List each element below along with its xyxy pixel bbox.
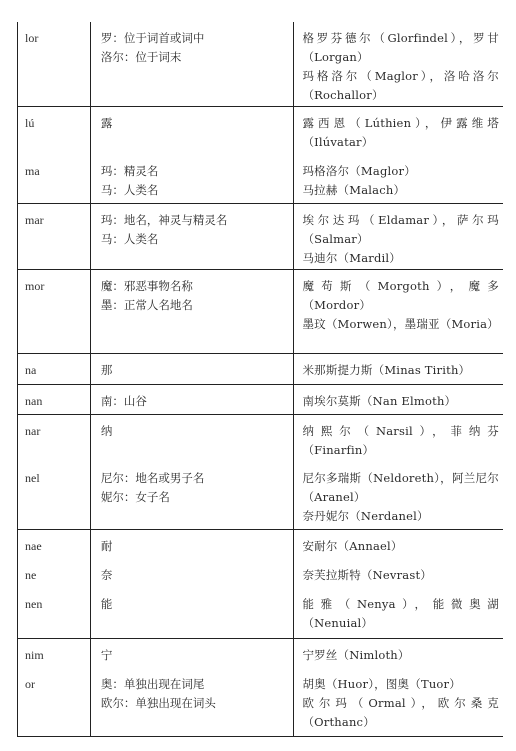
table-entry: 奥：单独出现在词尾 欧尔：单独出现在词头 bbox=[101, 675, 294, 732]
table-entry: 南埃尔莫斯（Nan Elmoth） bbox=[302, 392, 499, 411]
examples-text: 奈芙拉斯特（Nevrast） bbox=[302, 566, 499, 585]
root-text: mar bbox=[25, 211, 90, 230]
table-entry: lú bbox=[25, 114, 90, 162]
table-entry: 那 bbox=[101, 361, 294, 380]
root-text: lor bbox=[25, 29, 90, 48]
root-text: nen bbox=[25, 595, 90, 614]
examples-cell: 魔苟斯（Morgoth），魔多（Mordor） 墨玟（Morwen），墨瑞亚（M… bbox=[293, 270, 503, 353]
meaning-cell: 罗：位于词首或词中 洛尔：位于词末 bbox=[90, 22, 294, 106]
table-entry: mor bbox=[25, 277, 90, 334]
table-entry: or bbox=[25, 675, 90, 732]
root-text: mor bbox=[25, 277, 90, 296]
table-entry: 埃尔达玛（Eldamar），萨尔玛（Salmar） 马迪尔（Mardil） bbox=[302, 211, 499, 268]
root-cell: naenenen bbox=[18, 530, 90, 638]
root-cell: mar bbox=[18, 204, 90, 269]
table-entry: 格罗芬德尔（Glorfindel），罗甘（Lorgan） 玛格洛尔（Maglor… bbox=[302, 29, 499, 105]
table-entry: 玛：精灵名 马：人类名 bbox=[101, 162, 294, 200]
meaning-cell: 纳尼尔：地名或男子名 妮尔：女子名 bbox=[90, 415, 294, 529]
examples-text: 南埃尔莫斯（Nan Elmoth） bbox=[302, 392, 499, 411]
meaning-text: 宁 bbox=[101, 646, 294, 665]
table-entry: 能雅（Nenya），能微奥湖（Nenuial） bbox=[302, 595, 499, 633]
meaning-cell: 魔：邪恶事物名称 墨：正常人名地名 bbox=[90, 270, 294, 353]
table-entry: 耐 bbox=[101, 537, 294, 566]
examples-cell: 安耐尔（Annael）奈芙拉斯特（Nevrast）能雅（Nenya），能微奥湖（… bbox=[293, 530, 503, 638]
root-text: nel bbox=[25, 469, 90, 488]
root-cell: lor bbox=[18, 22, 90, 106]
examples-cell: 埃尔达玛（Eldamar），萨尔玛（Salmar） 马迪尔（Mardil） bbox=[293, 204, 503, 269]
examples-text: 埃尔达玛（Eldamar），萨尔玛（Salmar） 马迪尔（Mardil） bbox=[302, 211, 499, 268]
examples-text: 胡奥（Huor），图奥（Tuor） 欧尔玛（Ormal），欧尔桑克（Orthan… bbox=[302, 675, 499, 732]
table-row-group: na那米那斯提力斯（Minas Tirith） bbox=[17, 354, 503, 385]
table-entry: 露 bbox=[101, 114, 294, 162]
table-entry: 奈 bbox=[101, 566, 294, 595]
table-row-group: narnel纳尼尔：地名或男子名 妮尔：女子名纳熙尔（Narsil），菲纳芬（F… bbox=[17, 415, 503, 530]
root-text: nim bbox=[25, 646, 90, 665]
root-cell: mor bbox=[18, 270, 90, 353]
meaning-text: 魔：邪恶事物名称 墨：正常人名地名 bbox=[101, 277, 294, 315]
meaning-text: 那 bbox=[101, 361, 294, 380]
table-entry: 奈芙拉斯特（Nevrast） bbox=[302, 566, 499, 595]
root-text: nar bbox=[25, 422, 90, 441]
examples-cell: 露西恩（Lúthien），伊露维塔（Ilúvatar）玛格洛尔（Maglor） … bbox=[293, 107, 503, 203]
examples-cell: 宁罗丝（Nimloth）胡奥（Huor），图奥（Tuor） 欧尔玛（Ormal）… bbox=[293, 639, 503, 736]
root-cell: nimor bbox=[18, 639, 90, 736]
examples-text: 纳熙尔（Narsil），菲纳芬（Finarfin） bbox=[302, 422, 499, 460]
table-row-group: nan南：山谷南埃尔莫斯（Nan Elmoth） bbox=[17, 385, 503, 415]
examples-text: 魔苟斯（Morgoth），魔多（Mordor） 墨玟（Morwen），墨瑞亚（M… bbox=[302, 277, 499, 334]
examples-text: 尼尔多瑞斯（Neldoreth），阿兰尼尔（Aranel） 奈丹妮尔（Nerda… bbox=[302, 469, 499, 526]
document-page: lor罗：位于词首或词中 洛尔：位于词末格罗芬德尔（Glorfindel），罗甘… bbox=[0, 0, 516, 751]
meaning-text: 南：山谷 bbox=[101, 392, 294, 411]
table-entry: nar bbox=[25, 422, 90, 469]
meaning-text: 奥：单独出现在词尾 欧尔：单独出现在词头 bbox=[101, 675, 294, 713]
table-entry: 宁罗丝（Nimloth） bbox=[302, 646, 499, 675]
examples-text: 安耐尔（Annael） bbox=[302, 537, 499, 556]
table-entry: 魔：邪恶事物名称 墨：正常人名地名 bbox=[101, 277, 294, 334]
root-text: nan bbox=[25, 392, 90, 411]
table-entry: nan bbox=[25, 392, 90, 411]
table-entry: 罗：位于词首或词中 洛尔：位于词末 bbox=[101, 29, 294, 105]
table-entry: 米那斯提力斯（Minas Tirith） bbox=[302, 361, 499, 380]
table-entry: nen bbox=[25, 595, 90, 633]
table-entry: nim bbox=[25, 646, 90, 675]
table-row-group: nimor宁奥：单独出现在词尾 欧尔：单独出现在词头宁罗丝（Nimloth）胡奥… bbox=[17, 639, 503, 737]
meaning-cell: 那 bbox=[90, 354, 294, 384]
meaning-text: 露 bbox=[101, 114, 294, 133]
root-text: or bbox=[25, 675, 90, 694]
root-text: ne bbox=[25, 566, 90, 585]
meaning-text: 纳 bbox=[101, 422, 294, 441]
table-row-group: naenenen耐奈能安耐尔（Annael）奈芙拉斯特（Nevrast）能雅（N… bbox=[17, 530, 503, 639]
meaning-text: 能 bbox=[101, 595, 294, 614]
examples-text: 宁罗丝（Nimloth） bbox=[302, 646, 499, 665]
table-entry: 南：山谷 bbox=[101, 392, 294, 411]
root-cell: nan bbox=[18, 385, 90, 414]
table-entry: 胡奥（Huor），图奥（Tuor） 欧尔玛（Ormal），欧尔桑克（Orthan… bbox=[302, 675, 499, 732]
root-text: ma bbox=[25, 162, 90, 181]
meaning-cell: 露玛：精灵名 马：人类名 bbox=[90, 107, 294, 203]
table-entry: 尼尔：地名或男子名 妮尔：女子名 bbox=[101, 469, 294, 526]
table-entry: ma bbox=[25, 162, 90, 200]
examples-text: 格罗芬德尔（Glorfindel），罗甘（Lorgan） 玛格洛尔（Maglor… bbox=[302, 29, 499, 105]
meaning-cell: 宁奥：单独出现在词尾 欧尔：单独出现在词头 bbox=[90, 639, 294, 736]
root-cell: lúma bbox=[18, 107, 90, 203]
table-entry: 安耐尔（Annael） bbox=[302, 537, 499, 566]
root-text: nae bbox=[25, 537, 90, 556]
meaning-text: 耐 bbox=[101, 537, 294, 556]
table-entry: na bbox=[25, 361, 90, 380]
table-entry: 宁 bbox=[101, 646, 294, 675]
meaning-cell: 南：山谷 bbox=[90, 385, 294, 414]
table-row-group: mor魔：邪恶事物名称 墨：正常人名地名魔苟斯（Morgoth），魔多（Mord… bbox=[17, 270, 503, 354]
root-text: na bbox=[25, 361, 90, 380]
table-row-group: mar玛：地名，神灵与精灵名 马：人类名埃尔达玛（Eldamar），萨尔玛（Sa… bbox=[17, 204, 503, 270]
examples-text: 玛格洛尔（Maglor） 马拉赫（Malach） bbox=[302, 162, 499, 200]
meaning-text: 玛：地名，神灵与精灵名 马：人类名 bbox=[101, 211, 294, 249]
meaning-cell: 耐奈能 bbox=[90, 530, 294, 638]
elvish-root-table: lor罗：位于词首或词中 洛尔：位于词末格罗芬德尔（Glorfindel），罗甘… bbox=[17, 22, 503, 737]
examples-text: 米那斯提力斯（Minas Tirith） bbox=[302, 361, 499, 380]
examples-text: 能雅（Nenya），能微奥湖（Nenuial） bbox=[302, 595, 499, 633]
table-entry: mar bbox=[25, 211, 90, 268]
meaning-text: 奈 bbox=[101, 566, 294, 585]
table-row-group: lor罗：位于词首或词中 洛尔：位于词末格罗芬德尔（Glorfindel），罗甘… bbox=[17, 22, 503, 107]
examples-cell: 米那斯提力斯（Minas Tirith） bbox=[293, 354, 503, 384]
root-cell: narnel bbox=[18, 415, 90, 529]
table-entry: nae bbox=[25, 537, 90, 566]
table-entry: ne bbox=[25, 566, 90, 595]
table-entry: 尼尔多瑞斯（Neldoreth），阿兰尼尔（Aranel） 奈丹妮尔（Nerda… bbox=[302, 469, 499, 526]
table-entry: 露西恩（Lúthien），伊露维塔（Ilúvatar） bbox=[302, 114, 499, 162]
table-entry: 魔苟斯（Morgoth），魔多（Mordor） 墨玟（Morwen），墨瑞亚（M… bbox=[302, 277, 499, 334]
table-entry: 玛：地名，神灵与精灵名 马：人类名 bbox=[101, 211, 294, 268]
meaning-text: 罗：位于词首或词中 洛尔：位于词末 bbox=[101, 29, 294, 67]
table-entry: lor bbox=[25, 29, 90, 105]
table-entry: 玛格洛尔（Maglor） 马拉赫（Malach） bbox=[302, 162, 499, 200]
root-text: lú bbox=[25, 114, 90, 133]
meaning-cell: 玛：地名，神灵与精灵名 马：人类名 bbox=[90, 204, 294, 269]
examples-cell: 格罗芬德尔（Glorfindel），罗甘（Lorgan） 玛格洛尔（Maglor… bbox=[293, 22, 503, 106]
root-cell: na bbox=[18, 354, 90, 384]
examples-text: 露西恩（Lúthien），伊露维塔（Ilúvatar） bbox=[302, 114, 499, 152]
table-entry: 纳 bbox=[101, 422, 294, 469]
meaning-text: 玛：精灵名 马：人类名 bbox=[101, 162, 294, 200]
table-entry: 纳熙尔（Narsil），菲纳芬（Finarfin） bbox=[302, 422, 499, 469]
meaning-text: 尼尔：地名或男子名 妮尔：女子名 bbox=[101, 469, 294, 507]
table-entry: nel bbox=[25, 469, 90, 526]
examples-cell: 纳熙尔（Narsil），菲纳芬（Finarfin）尼尔多瑞斯（Neldoreth… bbox=[293, 415, 503, 529]
table-row-group: lúma露玛：精灵名 马：人类名露西恩（Lúthien），伊露维塔（Ilúvat… bbox=[17, 107, 503, 204]
examples-cell: 南埃尔莫斯（Nan Elmoth） bbox=[293, 385, 503, 414]
table-entry: 能 bbox=[101, 595, 294, 633]
